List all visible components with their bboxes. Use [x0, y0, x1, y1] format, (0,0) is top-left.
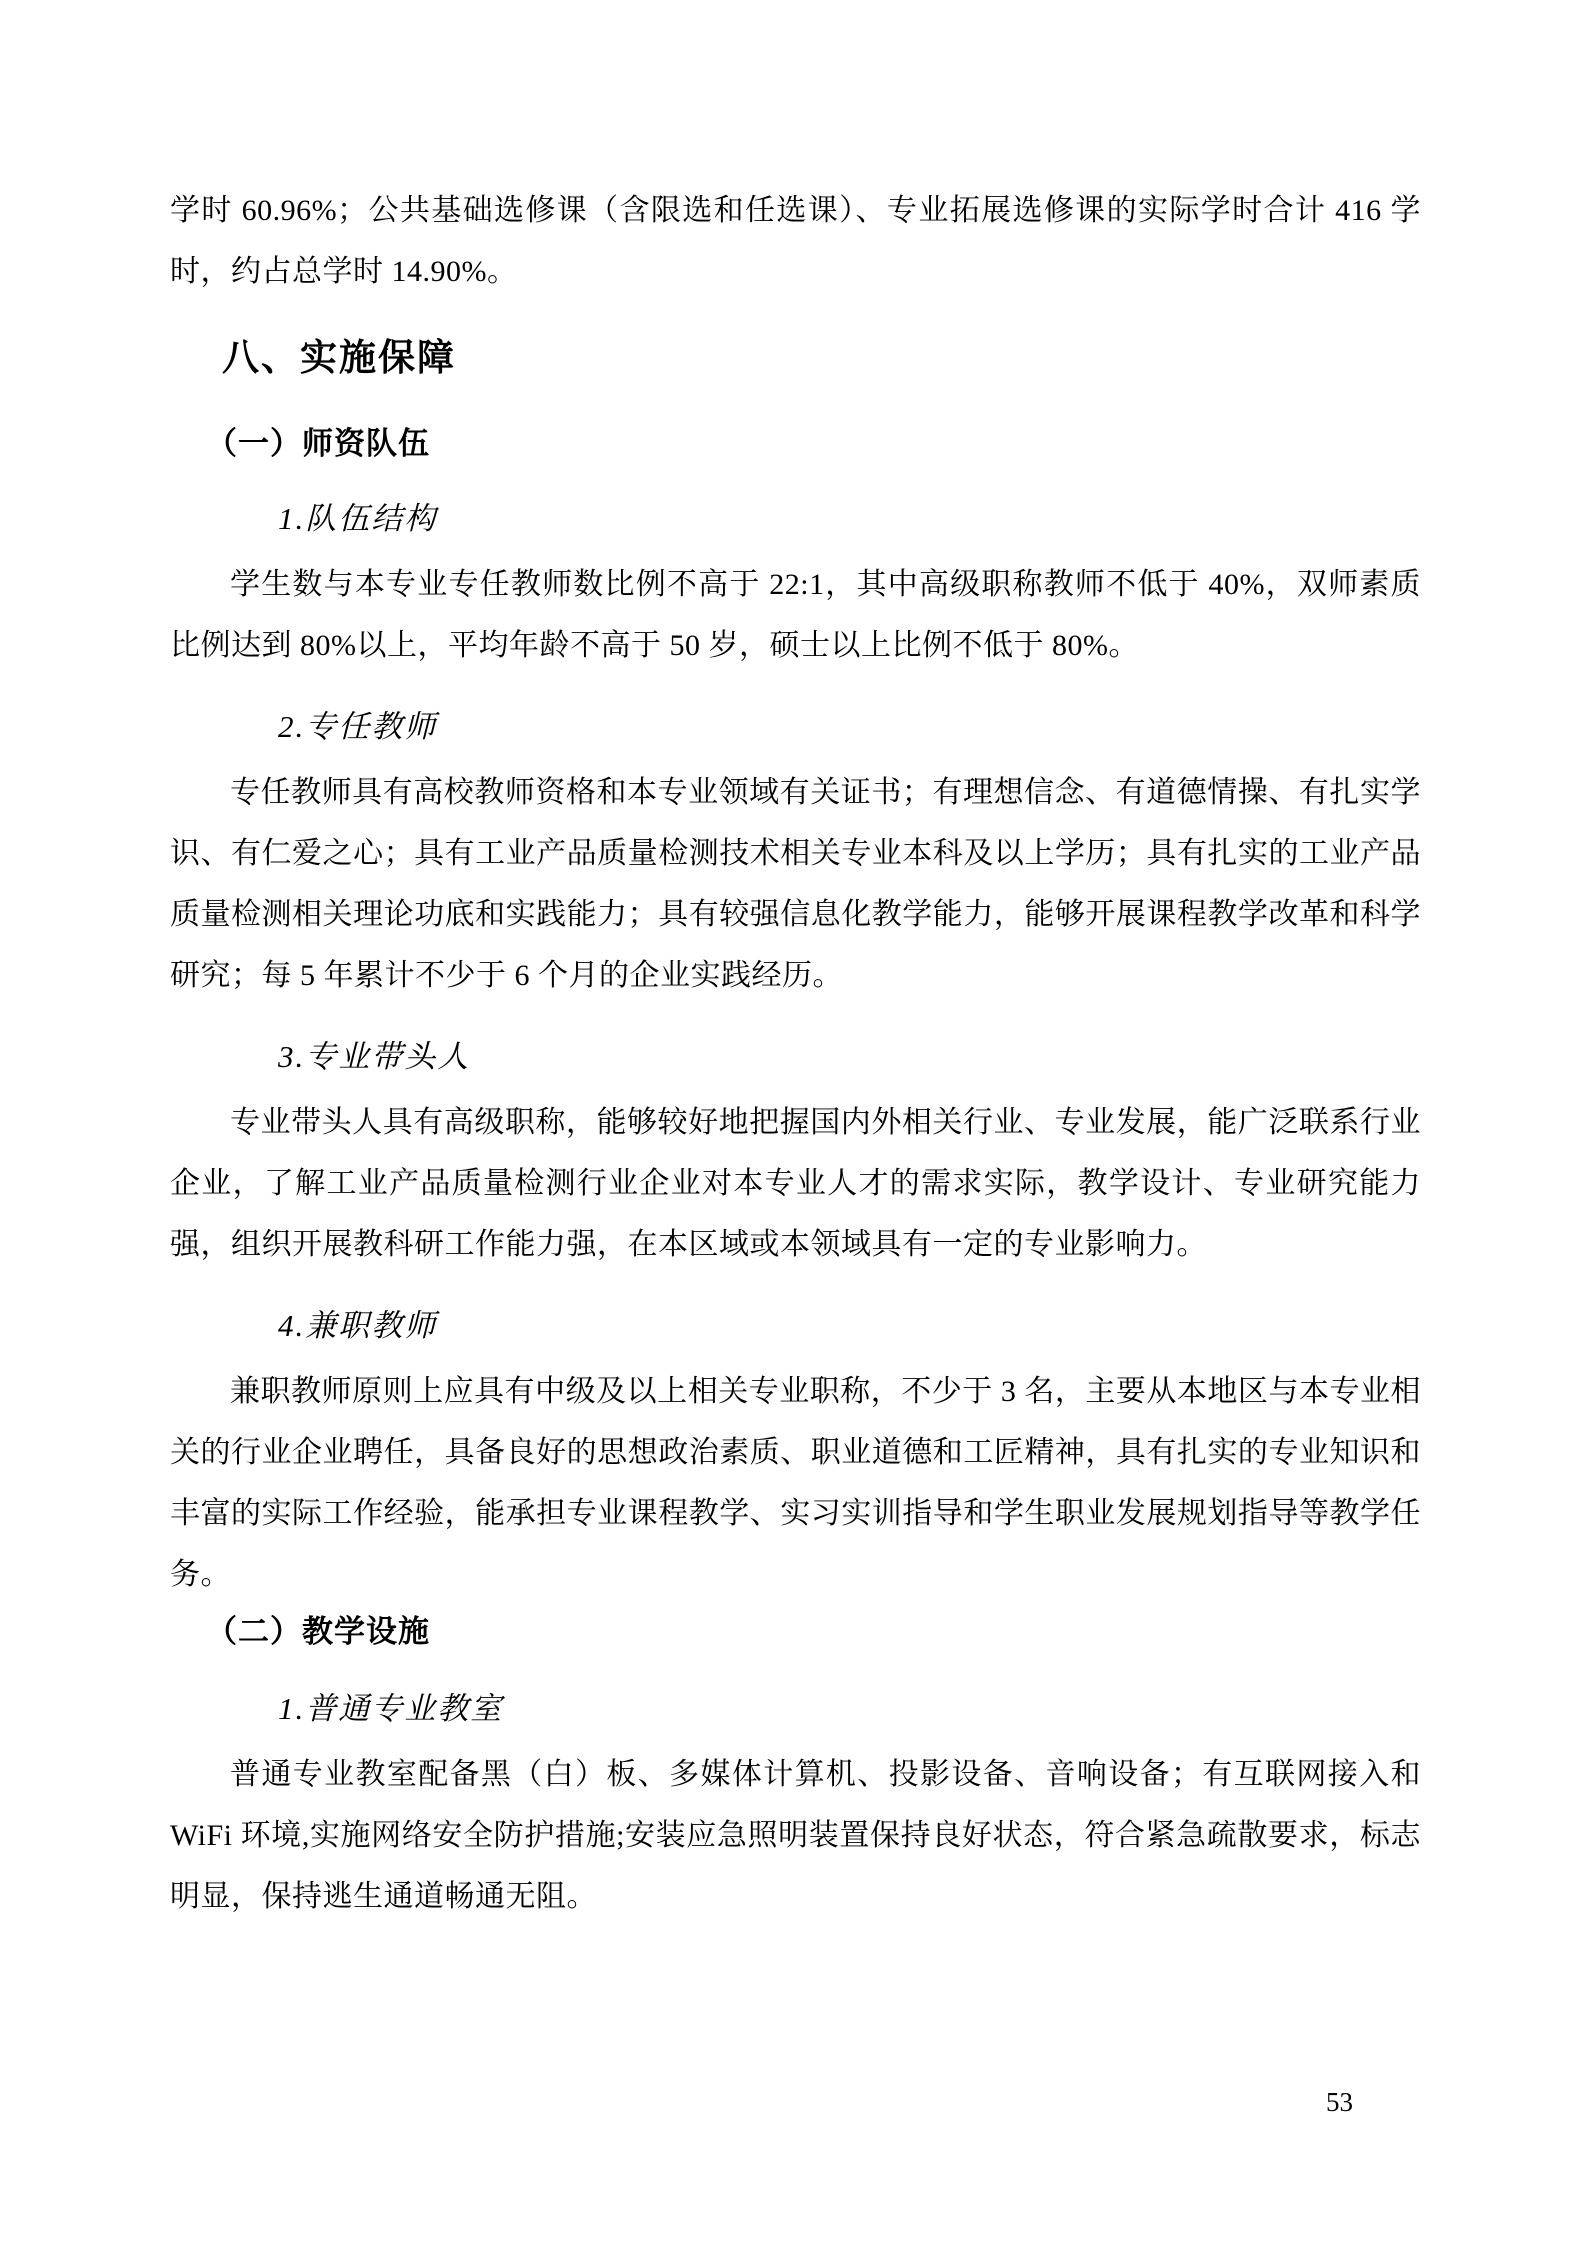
continuation-paragraph: 学时 60.96%；公共基础选修课（含限选和任选课）、专业拓展选修课的实际学时合… [170, 180, 1421, 302]
subsection-heading-parttime-teachers: 4.兼职教师 [278, 1305, 1421, 1347]
chapter-heading: 八、实施保障 [222, 334, 1421, 382]
subsection-heading-team-structure: 1.队伍结构 [278, 498, 1421, 540]
body-paragraph-parttime-teachers: 兼职教师原则上应具有中级及以上相关专业职称，不少于 3 名，主要从本地区与本专业… [170, 1361, 1421, 1605]
section-heading-teachers: （一）师资队伍 [206, 422, 1421, 466]
page-number: 53 [1326, 2086, 1353, 2118]
body-paragraph-fulltime-teachers: 专任教师具有高校教师资格和本专业领域有关证书；有理想信念、有道德情操、有扎实学识… [170, 762, 1421, 1006]
body-paragraph-program-leader: 专业带头人具有高级职称，能够较好地把握国内外相关行业、专业发展，能广泛联系行业企… [170, 1092, 1421, 1275]
body-paragraph-classrooms: 普通专业教室配备黑（白）板、多媒体计算机、投影设备、音响设备；有互联网接入和 W… [170, 1744, 1421, 1927]
body-paragraph-team-structure: 学生数与本专业专任教师数比例不高于 22:1，其中高级职称教师不低于 40%，双… [170, 554, 1421, 676]
subsection-heading-program-leader: 3.专业带头人 [278, 1036, 1421, 1078]
subsection-heading-classrooms: 1.普通专业教室 [278, 1688, 1421, 1730]
section-heading-facilities: （二）教学设施 [206, 1610, 1421, 1654]
document-page: 学时 60.96%；公共基础选修课（含限选和任选课）、专业拓展选修课的实际学时合… [0, 0, 1587, 2245]
subsection-heading-fulltime-teachers: 2.专任教师 [278, 706, 1421, 748]
